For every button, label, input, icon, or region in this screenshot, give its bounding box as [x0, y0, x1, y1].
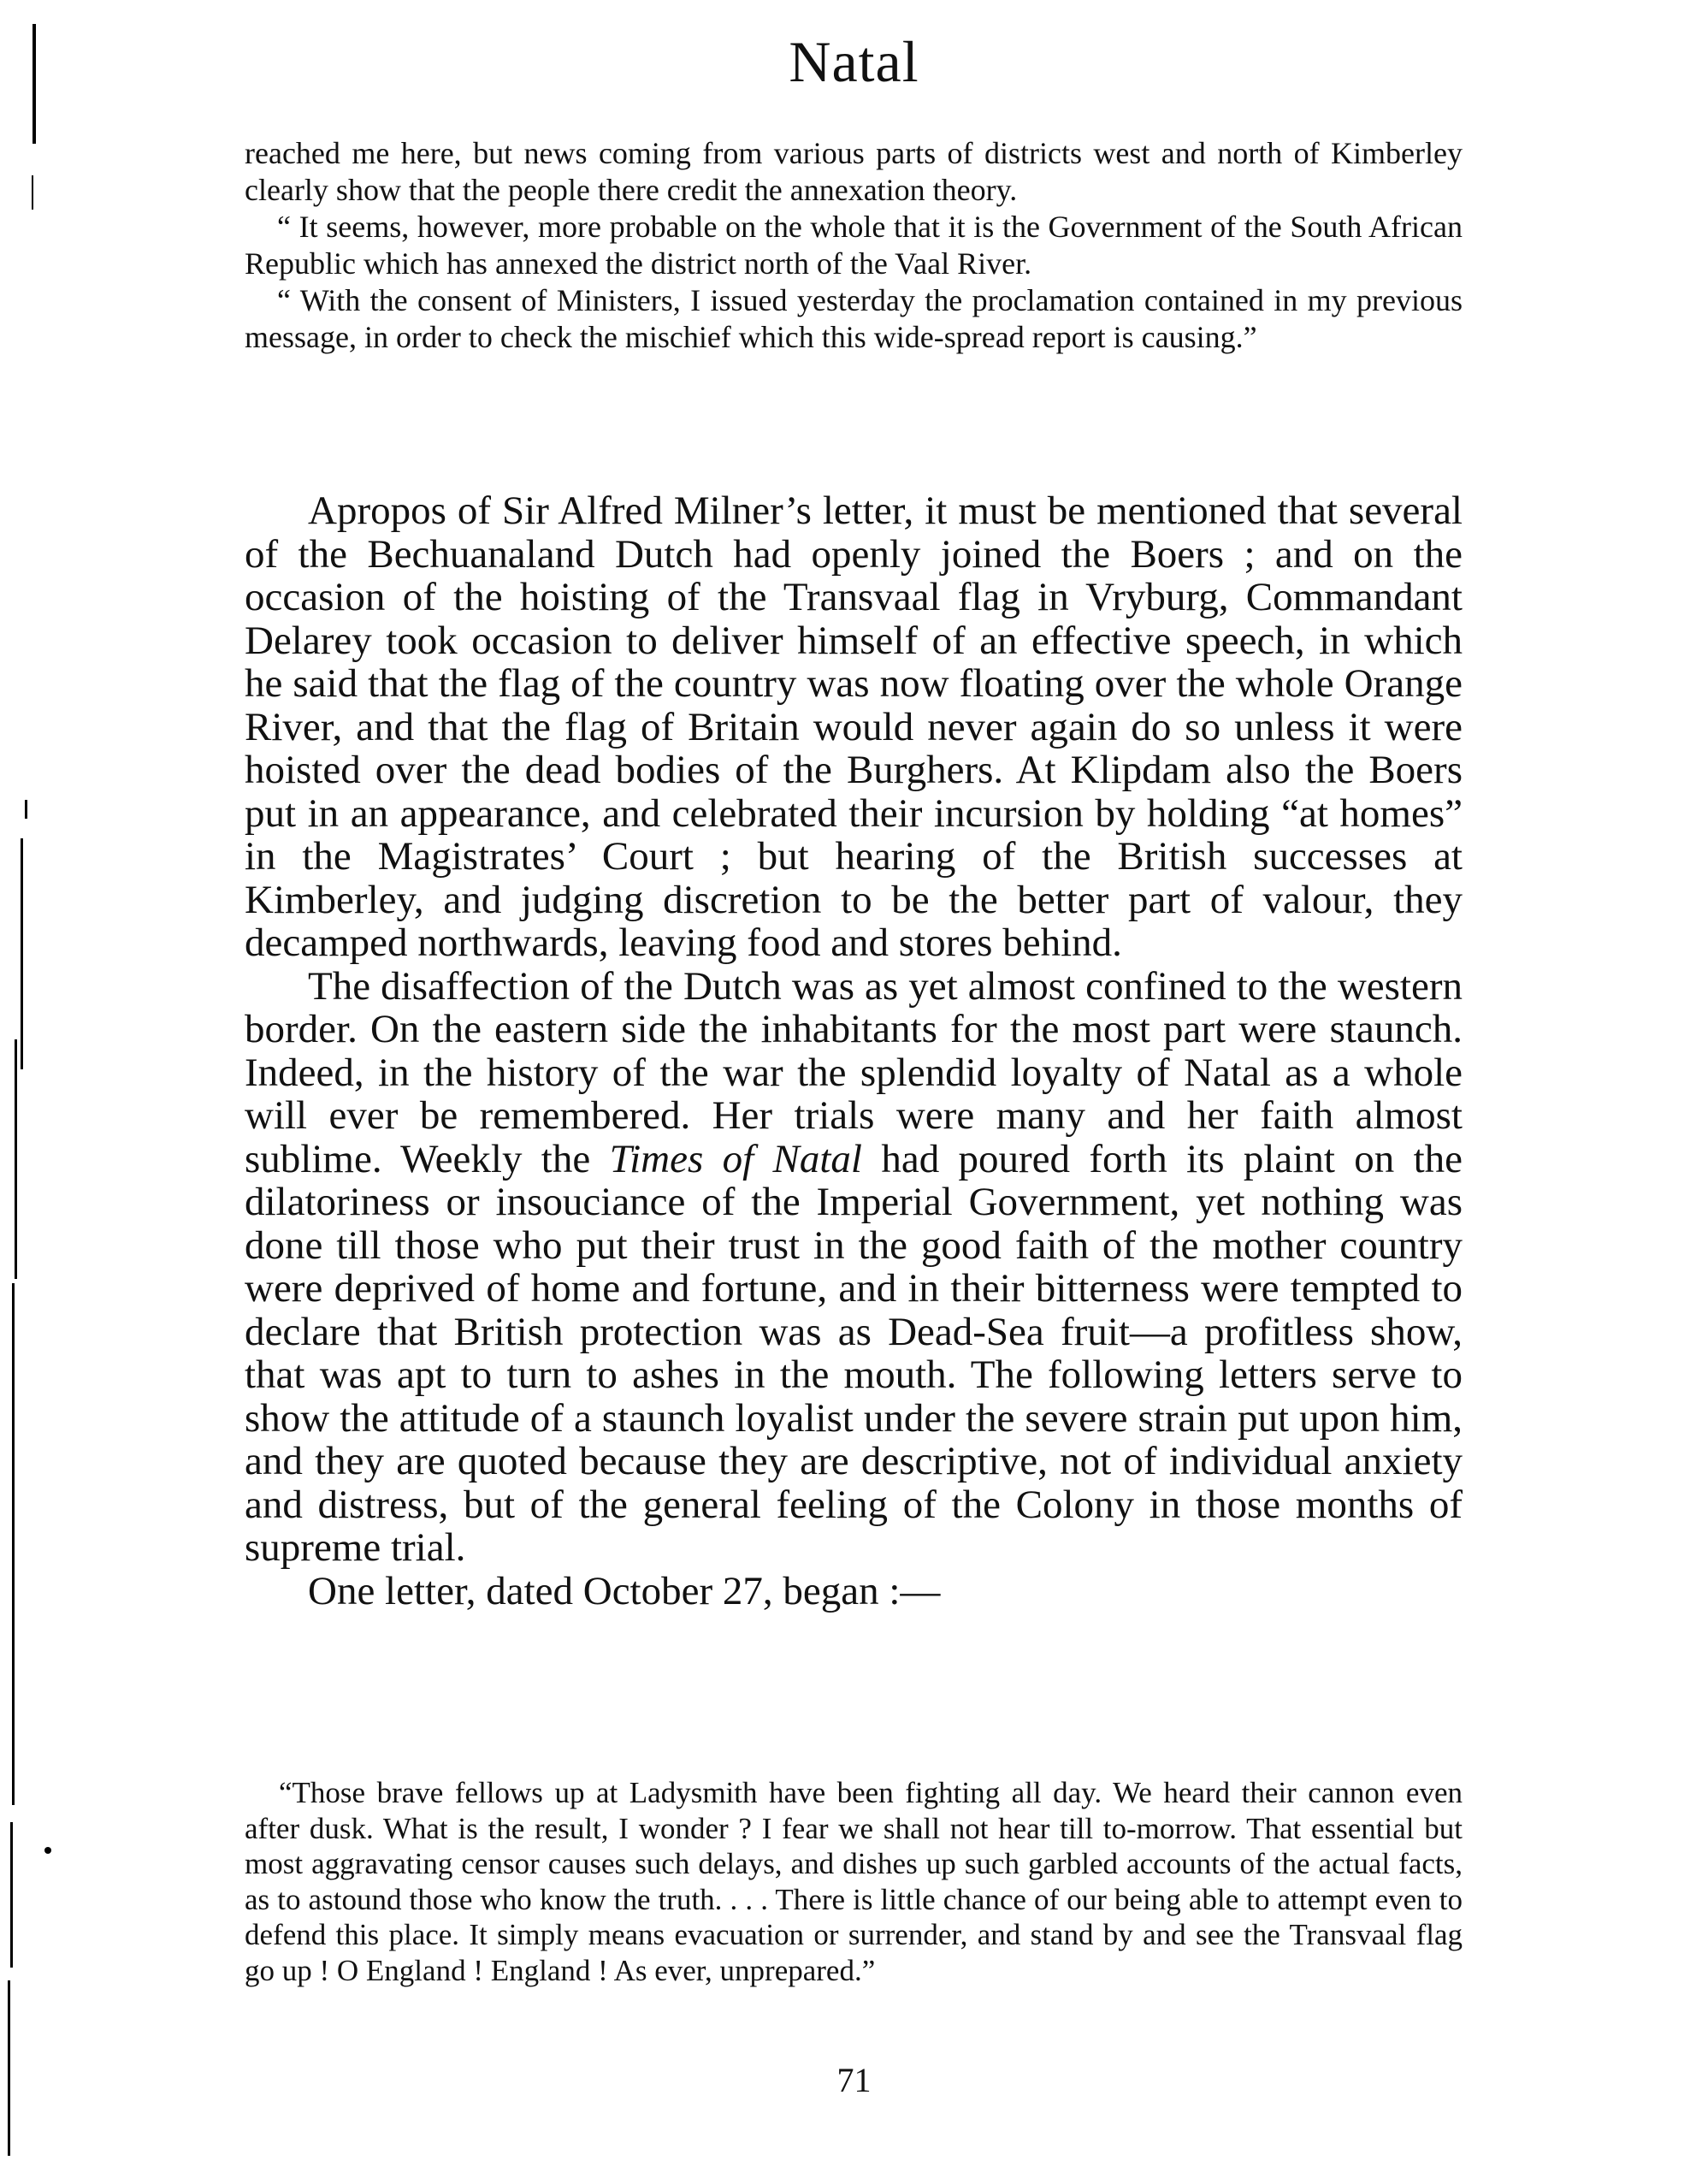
scan-edge-mark: [12, 1283, 15, 1540]
scan-edge-mark: [10, 1822, 13, 1968]
dispatch-paragraph: reached me here, but news coming from va…: [245, 135, 1463, 209]
dispatch-paragraph: “ It seems, however, more probable on th…: [245, 209, 1463, 282]
body-paragraph: One letter, dated October 27, began :—: [245, 1570, 1463, 1613]
book-page: Natal reached me here, but news coming f…: [0, 0, 1708, 2184]
body-paragraph: Apropos of Sir Alfred Milner’s letter, i…: [245, 489, 1463, 965]
dispatch-paragraph: “ With the consent of Ministers, I issue…: [245, 282, 1463, 356]
letter-paragraph: “Those brave fellows up at Ladysmith hav…: [245, 1775, 1463, 1988]
scan-edge-mark: [32, 175, 33, 210]
scan-edge-mark: [21, 838, 23, 1069]
scan-edge-mark: [25, 800, 27, 819]
running-head: Natal: [0, 33, 1708, 91]
letter-quote: “Those brave fellows up at Ladysmith hav…: [245, 1775, 1463, 1988]
scan-edge-mark: [15, 1039, 17, 1279]
page-number: 71: [0, 2060, 1708, 2100]
newspaper-title: Times of Natal: [610, 1137, 862, 1181]
body-paragraph: The disaffection of the Dutch was as yet…: [245, 965, 1463, 1570]
text-run: had poured forth its plaint on the dilat…: [245, 1137, 1463, 1571]
body-text: Apropos of Sir Alfred Milner’s letter, i…: [245, 489, 1463, 1613]
scan-speck: [44, 1847, 51, 1854]
scan-edge-mark: [12, 1540, 15, 1805]
quoted-dispatch: reached me here, but news coming from va…: [245, 135, 1463, 356]
